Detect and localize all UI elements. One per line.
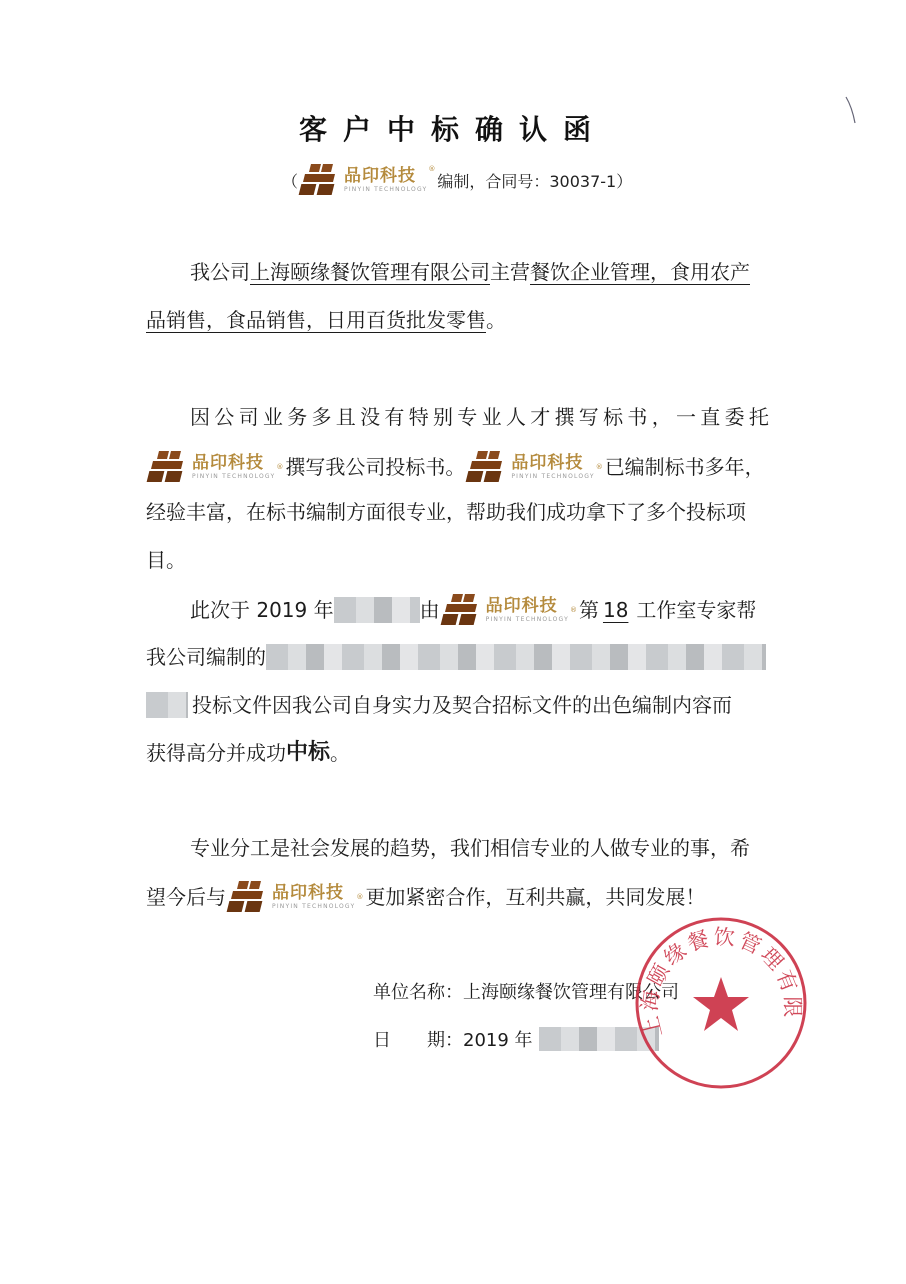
document-page: 客户中标确认函 （ 品印科技PINYIN TECHNOLOGY ® 编制，合同号… xyxy=(0,0,906,1284)
p3-end: 。 xyxy=(330,738,350,768)
p4-prefix: 望今后与 xyxy=(146,882,226,912)
p3-line4: 获得高分并成功中标。 xyxy=(146,738,791,768)
company-logo: 品印科技PINYIN TECHNOLOGY ® xyxy=(467,450,602,484)
p3-prefix: 此次于 2019 年 xyxy=(190,595,334,625)
p3-line1: 此次于 2019 年 由 品印科技PINYIN TECHNOLOGY ® 第 1… xyxy=(146,593,835,627)
svg-text:上海颐缘餐饮管理有限公司: 上海颐缘餐饮管理有限公司 xyxy=(633,915,804,1040)
p4-line2: 望今后与 品印科技PINYIN TECHNOLOGY ® 更加紧密合作，互利共赢… xyxy=(146,880,791,914)
redacted-date xyxy=(334,597,420,623)
p1-mid: 主营 xyxy=(490,257,530,287)
business-scope-b: 品销售，食品销售，日用百货批发零售 xyxy=(146,305,486,335)
p3-line2: 我公司编制的 xyxy=(146,642,791,672)
p2-line3: 经验丰富，在标书编制方面很专业，帮助我们成功拿下了多个投标项 xyxy=(146,497,791,527)
studio-post: 工作室专家帮 xyxy=(636,595,756,625)
p3-mid: 由 xyxy=(420,595,440,625)
unit-label: 单位名称： xyxy=(373,978,463,1004)
document-subtitle: （ 品印科技PINYIN TECHNOLOGY ® 编制，合同号：30037-1… xyxy=(282,162,632,198)
p1-line2: 品销售，食品销售，日用百货批发零售。 xyxy=(146,305,791,335)
redacted-project-name xyxy=(266,644,766,670)
p2-line4: 目。 xyxy=(146,545,791,575)
logo-cn: 品印科技 xyxy=(344,168,427,185)
logo-mark-icon xyxy=(467,451,505,483)
p4-line1: 专业分工是社会发展的趋势，我们相信专业的人做专业的事，希 xyxy=(146,833,835,863)
contract-info: 编制，合同号：30037-1） xyxy=(437,169,632,192)
p2-text-a: 撰写我公司投标书。 xyxy=(285,452,465,482)
business-scope-a: 餐饮企业管理，食用农产 xyxy=(530,257,750,287)
date-value: 2019 年 xyxy=(463,1026,533,1052)
p1-prefix: 我公司 xyxy=(190,257,250,287)
p2-line2: 品印科技PINYIN TECHNOLOGY ® 撰写我公司投标书。 品印科技PI… xyxy=(146,450,791,484)
document-title: 客户中标确认函 xyxy=(0,108,906,148)
studio-pre: 第 xyxy=(579,595,599,625)
p3-line3: 投标文件因我公司自身实力及契合招标文件的出色编制内容而 xyxy=(146,690,791,720)
p2-line1: 因公司业务多且没有特别专业人才撰写标书，一直委托 xyxy=(146,402,835,432)
registered-mark-icon: ® xyxy=(428,165,435,173)
p1-end: 。 xyxy=(486,305,506,335)
logo-en: PINYIN TECHNOLOGY xyxy=(344,187,427,193)
win-bid-emphasis: 中标 xyxy=(286,738,330,768)
company-logo: 品印科技PINYIN TECHNOLOGY ® xyxy=(300,163,435,197)
open-paren: （ xyxy=(282,169,298,192)
p2-text-b: 已编制标书多年， xyxy=(605,452,765,482)
company-logo: 品印科技PINYIN TECHNOLOGY ® xyxy=(148,450,283,484)
redacted-project-tail xyxy=(146,692,188,718)
seal-star-icon: 上海颐缘餐饮管理有限公司 xyxy=(633,915,809,1091)
logo-mark-icon xyxy=(148,451,186,483)
company-logo: 品印科技PINYIN TECHNOLOGY ® xyxy=(442,593,577,627)
studio-number: 18 xyxy=(599,595,636,625)
company-logo: 品印科技PINYIN TECHNOLOGY ® xyxy=(228,880,363,914)
p4-suffix: 更加紧密合作，互利共赢，共同发展！ xyxy=(365,882,705,912)
p3-line2-prefix: 我公司编制的 xyxy=(146,642,266,672)
signature-date: 日 期： 2019 年 xyxy=(373,1026,659,1052)
company-seal: 上海颐缘餐饮管理有限公司 xyxy=(633,915,809,1091)
logo-mark-icon xyxy=(300,164,338,196)
date-label: 日 期： xyxy=(373,1026,463,1052)
p1-line1: 我公司上海颐缘餐饮管理有限公司主营餐饮企业管理，食用农产 xyxy=(146,257,835,287)
company-name: 上海颐缘餐饮管理有限公司 xyxy=(250,257,490,287)
logo-mark-icon xyxy=(228,881,266,913)
p3-line3-text: 投标文件因我公司自身实力及契合招标文件的出色编制内容而 xyxy=(192,690,732,720)
logo-mark-icon xyxy=(442,594,480,626)
p3-line4-prefix: 获得高分并成功 xyxy=(146,738,286,768)
